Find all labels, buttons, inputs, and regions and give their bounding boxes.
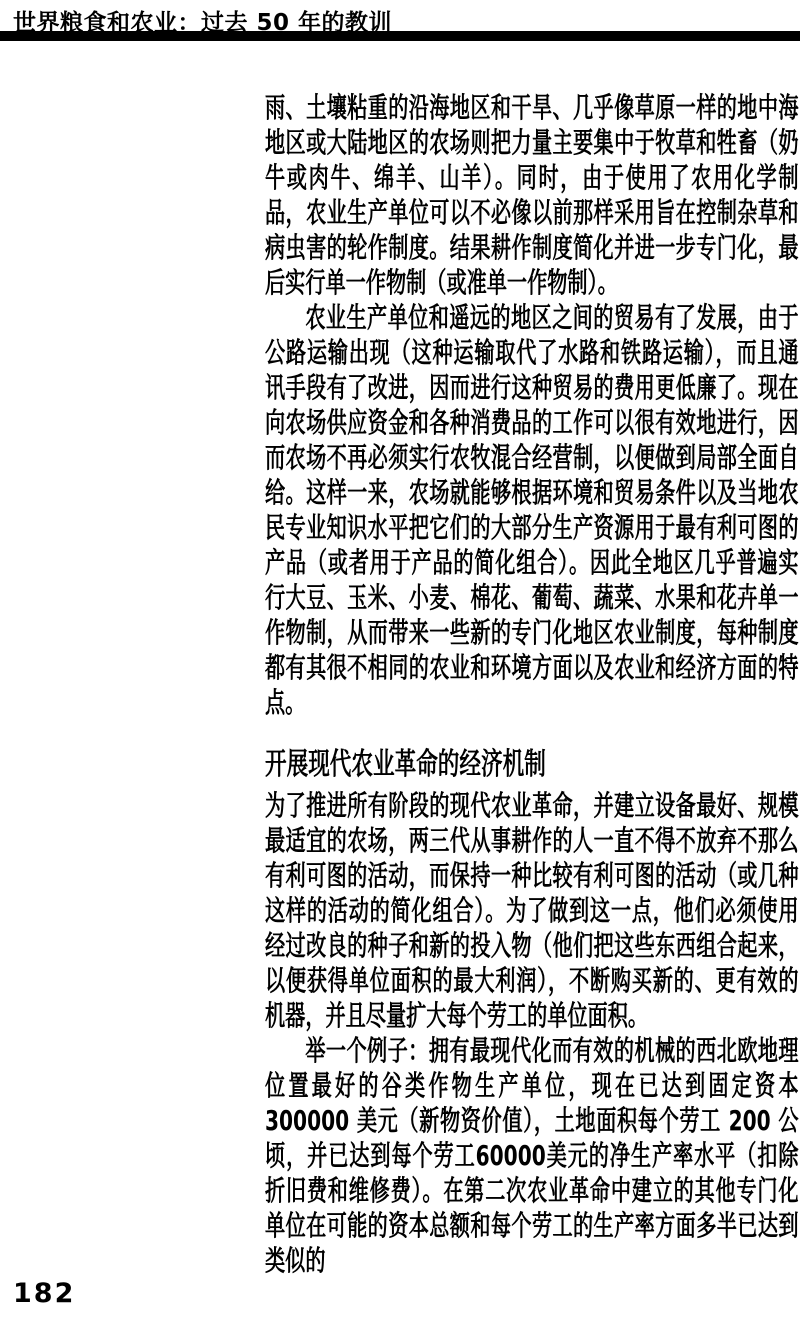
header-rule <box>0 31 800 41</box>
paragraph-example: 举一个例子：拥有最现代化而有效的机械的西北欧地理位置最好的谷类作物生产单位，现在… <box>265 1033 799 1278</box>
paragraph-trade: 农业生产单位和遥远的地区之间的贸易有了发展，由于公路运输出现（这种运输取代了水路… <box>265 300 799 720</box>
paragraph-economic-mechanism: 为了推进所有阶段的现代农业革命，并建立设备最好、规模最适宜的农场，两三代从事耕作… <box>265 788 799 1033</box>
paragraph-continuation: 雨、土壤粘重的沿海地区和干旱、几乎像草原一样的地中海地区或大陆地区的农场则把力量… <box>265 90 799 300</box>
page-number: 182 <box>13 1278 75 1309</box>
text-column: 雨、土壤粘重的沿海地区和干旱、几乎像草原一样的地中海地区或大陆地区的农场则把力量… <box>265 90 799 1278</box>
section-heading: 开展现代农业革命的经济机制 <box>265 747 799 782</box>
book-page: 世界粮食和农业：过去 50 年的教训 雨、土壤粘重的沿海地区和干旱、几乎像草原一… <box>0 0 800 1317</box>
